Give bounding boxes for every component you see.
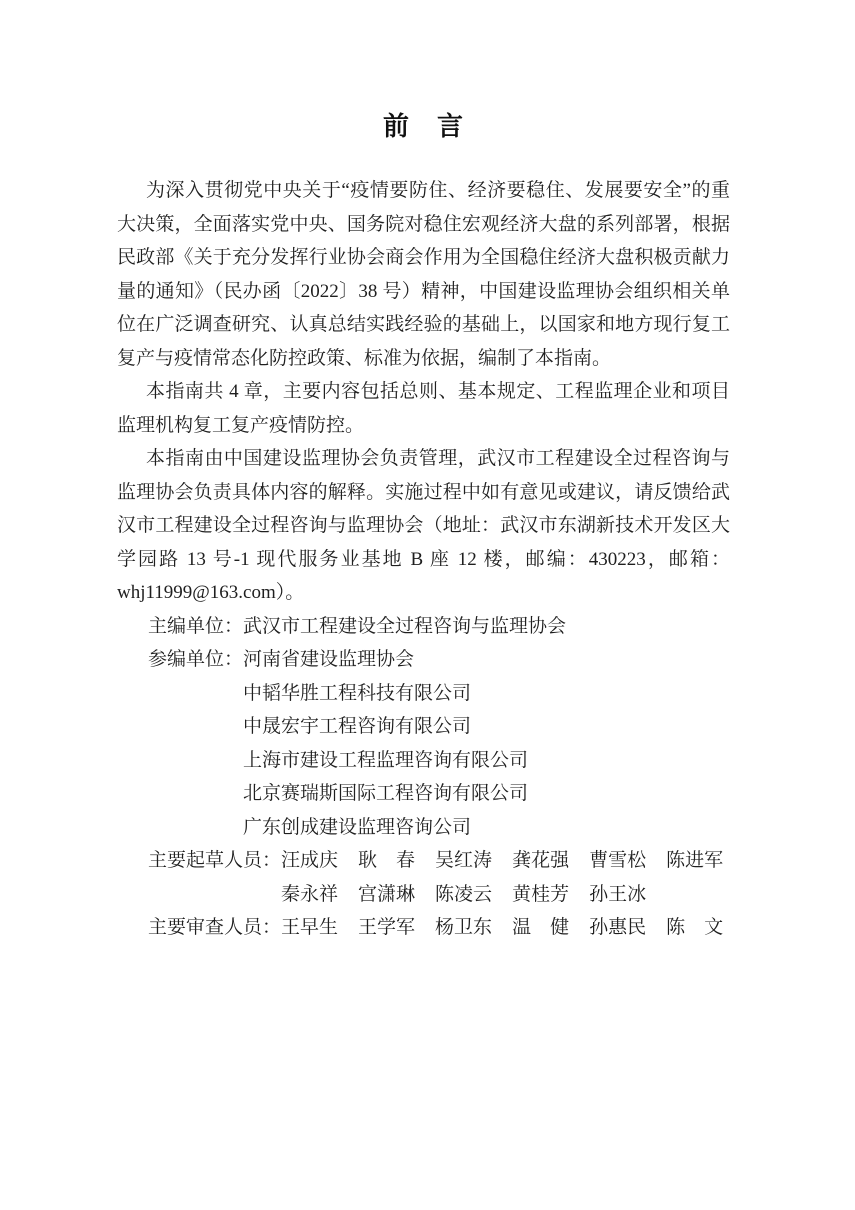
paragraph: 本指南由中国建设监理协会负责管理，武汉市工程建设全过程咨询与监理协会负责具体内容…	[117, 442, 730, 610]
drafter-name: 宫潇琳	[358, 878, 415, 912]
participating-unit: 上海市建设工程监理咨询有限公司	[243, 744, 528, 778]
drafter-name: 耿 春	[358, 844, 415, 878]
drafter-name: 秦永祥	[281, 878, 338, 912]
drafters-label: 主要起草人员：	[148, 844, 281, 878]
participating-unit: 北京赛瑞斯国际工程咨询有限公司	[243, 777, 528, 811]
chief-editor-row: 主编单位： 武汉市工程建设全过程咨询与监理协会	[117, 610, 730, 644]
drafter-name: 吴红涛	[435, 844, 492, 878]
reviewer-name: 温 健	[512, 911, 569, 945]
participating-unit: 广东创成建设监理咨询公司	[243, 811, 528, 845]
drafter-name: 曹雪松	[589, 844, 646, 878]
chief-editor-value: 武汉市工程建设全过程咨询与监理协会	[243, 610, 566, 644]
reviewers-label: 主要审查人员：	[148, 911, 281, 945]
drafters-row: 主要起草人员： 汪成庆耿 春吴红涛龚花强曹雪松陈进军 秦永祥宫潇琳陈凌云黄桂芳孙…	[117, 844, 730, 911]
drafters-names-line1: 汪成庆耿 春吴红涛龚花强曹雪松陈进军	[281, 844, 723, 878]
drafter-name: 黄桂芳	[512, 878, 569, 912]
participating-editors-label: 参编单位：	[148, 643, 243, 677]
drafters-names-line2: 秦永祥宫潇琳陈凌云黄桂芳孙王冰	[281, 878, 723, 912]
preface-paragraphs: 为深入贯彻党中央关于“疫情要防住、经济要稳住、发展要安全”的重大决策，全面落实党…	[117, 174, 730, 610]
participating-unit: 中韬华胜工程科技有限公司	[243, 677, 528, 711]
participating-editors-row: 参编单位： 河南省建设监理协会中韬华胜工程科技有限公司中晟宏宇工程咨询有限公司上…	[117, 643, 730, 844]
drafter-name: 陈凌云	[435, 878, 492, 912]
participating-unit: 河南省建设监理协会	[243, 643, 528, 677]
reviewer-name: 杨卫东	[435, 911, 492, 945]
drafter-name: 孙王冰	[589, 878, 646, 912]
document-page: 前 言 为深入贯彻党中央关于“疫情要防住、经济要稳住、发展要安全”的重大决策，全…	[0, 0, 855, 1210]
drafter-name: 汪成庆	[281, 844, 338, 878]
reviewers-row: 主要审查人员： 王早生王学军杨卫东温 健孙惠民陈 文	[117, 911, 730, 945]
reviewers-names: 王早生王学军杨卫东温 健孙惠民陈 文	[281, 911, 723, 945]
chief-editor-label: 主编单位：	[148, 610, 243, 644]
paragraph: 为深入贯彻党中央关于“疫情要防住、经济要稳住、发展要安全”的重大决策，全面落实党…	[117, 174, 730, 375]
participating-units-list: 河南省建设监理协会中韬华胜工程科技有限公司中晟宏宇工程咨询有限公司上海市建设工程…	[243, 643, 528, 844]
reviewer-name: 王学军	[358, 911, 415, 945]
reviewer-name: 陈 文	[666, 911, 723, 945]
reviewer-name: 孙惠民	[589, 911, 646, 945]
drafter-name: 陈进军	[666, 844, 723, 878]
drafter-name: 龚花强	[512, 844, 569, 878]
participating-unit: 中晟宏宇工程咨询有限公司	[243, 710, 528, 744]
reviewer-name: 王早生	[281, 911, 338, 945]
paragraph: 本指南共 4 章，主要内容包括总则、基本规定、工程监理企业和项目监理机构复工复产…	[117, 375, 730, 442]
page-title: 前 言	[117, 113, 730, 139]
drafters-names: 汪成庆耿 春吴红涛龚花强曹雪松陈进军 秦永祥宫潇琳陈凌云黄桂芳孙王冰	[281, 844, 723, 911]
